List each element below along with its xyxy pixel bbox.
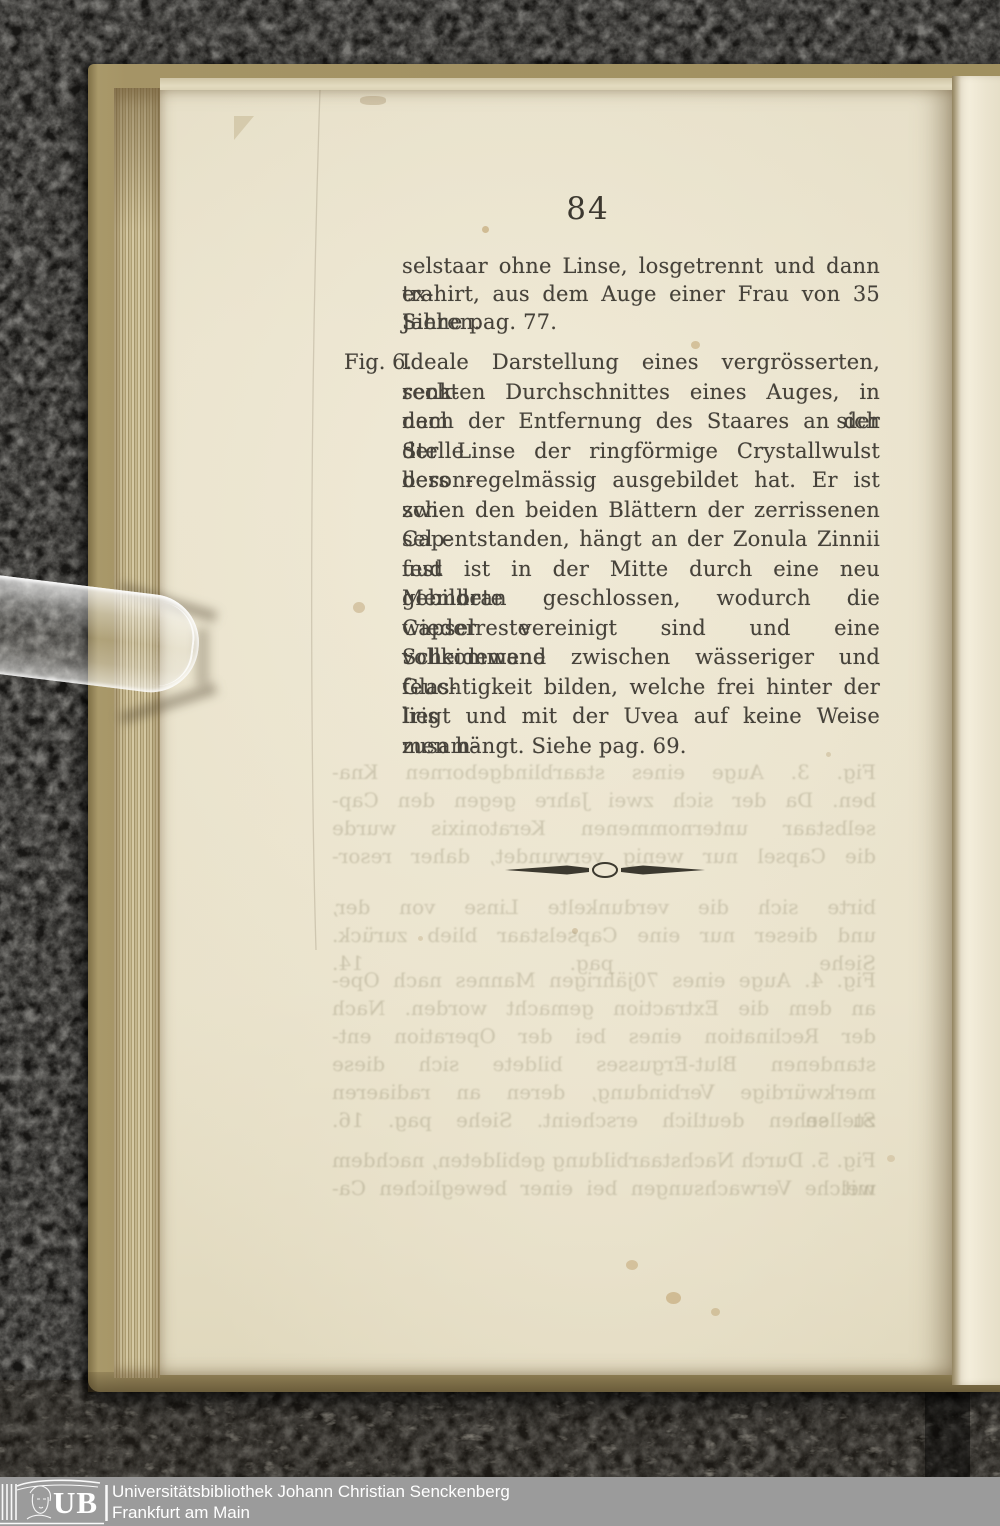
bleedthrough-text: Fig. 4. Auge eines 70jährigen Mannes nac… [332, 966, 876, 1134]
page-number: 84 [566, 191, 609, 227]
bleedthrough-text: birte sich die verdunkelte Linse von der… [332, 893, 876, 977]
page-stack-smudge [114, 88, 160, 258]
paragraph-continuation: selstaar ohne Linse, losgetrennt und dan… [402, 252, 880, 336]
library-name-line2: Frankfurt am Main [112, 1502, 510, 1523]
library-banner: UB Universitätsbibliothek Johann Christi… [0, 1477, 1000, 1526]
library-name-line1: Universitätsbibliothek Johann Christian … [112, 1481, 510, 1502]
adjacent-recto-page [952, 76, 1000, 1385]
ub-logo-text: UB [53, 1485, 98, 1521]
library-name: Universitätsbibliothek Johann Christian … [112, 1481, 510, 1523]
book-page: Fig. 3. Auge eines staarblindgebornen Kn… [160, 90, 952, 1375]
scanned-book-photograph: Fig. 3. Auge eines staarblindgebornen Kn… [0, 0, 1000, 1526]
goethe-portrait-sketch [27, 1486, 51, 1519]
page-stack-edges [114, 88, 160, 1378]
figure-6-description: Ideale Darstellung eines vergrösserten, … [402, 348, 880, 761]
book: Fig. 3. Auge eines staarblindgebornen Kn… [88, 64, 1000, 1392]
board-bottom-shade [88, 1372, 1000, 1392]
bleedthrough-text: Fig. 3. Auge eines staarblindgebornen Kn… [332, 758, 876, 870]
bleedthrough-text: Fig. 5. Durch Nachstaarbildung gebildete… [332, 1146, 876, 1202]
section-divider-ornament [505, 858, 705, 882]
